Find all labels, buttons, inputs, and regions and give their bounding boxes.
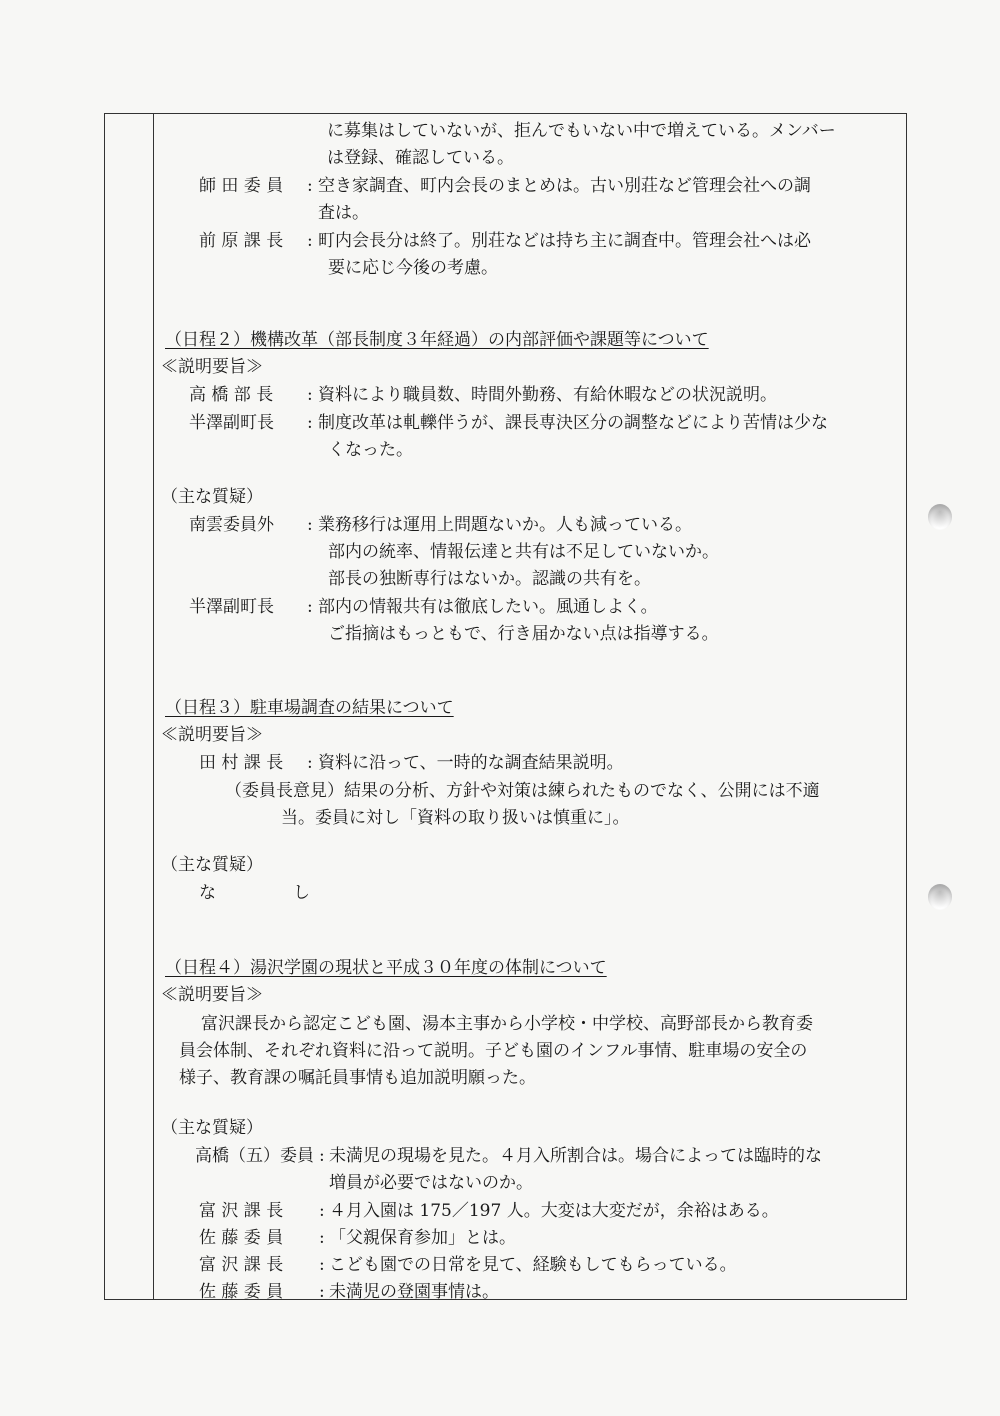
statement-line: ４月入園は 175／197 人。大変は大変だが，余裕はある。 (329, 1200, 779, 1222)
speaker-label: 富 沢 課 長 (199, 1254, 283, 1276)
statement-line: 要に応じ今後の考慮。 (328, 257, 498, 279)
paragraph-line: 様子、教育課の嘱託員事情も追加説明願った。 (179, 1067, 536, 1089)
speaker-label: 半澤副町長 (189, 412, 274, 434)
speaker-label: 富 沢 課 長 (199, 1200, 283, 1222)
speaker-label: 佐 藤 委 員 (199, 1281, 283, 1303)
section-heading: （日程４）湯沢学園の現状と平成３０年度の体制について (165, 957, 607, 979)
statement-line: 未満児の登園事情は。 (329, 1281, 499, 1303)
continuation-line: に募集はしていないが、拒んでもいない中で増えている。メンバー (327, 120, 836, 142)
minutes-content: に募集はしていないが、拒んでもいない中で増えている。メンバー は登録、確認してい… (105, 114, 906, 1299)
statement-line: 部内の統率、情報伝達と共有は不足していないか。 (328, 541, 719, 563)
statement-line: 空き家調査、町内会長のまとめは。古い別荘など管理会社への調 (318, 175, 811, 197)
chair-note-line: （委員長意見）結果の分析、方針や対策は練られたものでなく、公開には不適 (225, 780, 820, 802)
qa-none: し (293, 882, 310, 904)
colon: : (307, 412, 313, 434)
colon: : (307, 175, 313, 197)
colon: : (307, 384, 313, 406)
statement-line: 未満児の現場を見た。４月入所割合は。場合によっては臨時的な (329, 1145, 822, 1167)
speaker-label: 師 田 委 員 (199, 175, 283, 197)
statement-line: 査は。 (318, 202, 369, 224)
continuation-line: は登録、確認している。 (327, 147, 514, 169)
section-heading: （日程２）機構改革（部長制度３年経過）の内部評価や課題等について (165, 329, 709, 351)
paragraph-line: 富沢課長から認定こども園、湯本主事から小学校・中学校、高野部長から教育委 (201, 1013, 813, 1035)
colon: : (319, 1281, 325, 1303)
statement-line: 制度改革は軋轢伴うが、課長専決区分の調整などにより苦情は少な (318, 412, 828, 434)
statement-line: 資料に沿って、一時的な調査結果説明。 (318, 752, 624, 774)
statement-line: くなった。 (328, 439, 413, 461)
colon: : (307, 514, 313, 536)
chair-note-line: 当。委員に対し「資料の取り扱いは慎重に」。 (281, 807, 630, 829)
colon: : (319, 1254, 325, 1276)
qa-label: （主な質疑） (161, 1117, 263, 1139)
colon: : (307, 596, 313, 618)
speaker-label: 南雲委員外 (189, 514, 274, 536)
statement-line: 資料により職員数、時間外勤務、有給休暇などの状況説明。 (318, 384, 777, 406)
statement-line: 町内会長分は終了。別荘などは持ち主に調査中。管理会社へは必 (318, 230, 811, 252)
colon: : (319, 1227, 325, 1249)
qa-none: な (199, 882, 216, 904)
statement-line: 業務移行は運用上問題ないか。人も減っている。 (318, 514, 692, 536)
statement-line: 増員が必要ではないのか。 (329, 1172, 533, 1194)
colon: : (307, 230, 313, 252)
statement-line: 「父親保育参加」とは。 (329, 1227, 516, 1249)
colon: : (319, 1145, 325, 1167)
summary-label: ≪説明要旨≫ (161, 724, 263, 746)
summary-label: ≪説明要旨≫ (161, 356, 263, 378)
qa-label: （主な質疑） (161, 854, 263, 876)
statement-line: 部長の独断専行はないか。認識の共有を。 (328, 568, 651, 590)
speaker-label: 高橋（五）委員 (195, 1145, 314, 1167)
colon: : (307, 752, 313, 774)
speaker-label: 半澤副町長 (189, 596, 274, 618)
qa-label: （主な質疑） (161, 486, 263, 508)
punch-hole (928, 504, 952, 530)
speaker-label: 佐 藤 委 員 (199, 1227, 283, 1249)
speaker-label: 高 橋 部 長 (189, 384, 273, 406)
speaker-label: 前 原 課 長 (199, 230, 283, 252)
statement-line: ご指摘はもっともで、行き届かない点は指導する。 (328, 623, 719, 645)
minutes-table: に募集はしていないが、拒んでもいない中で増えている。メンバー は登録、確認してい… (104, 113, 907, 1300)
summary-label: ≪説明要旨≫ (161, 984, 263, 1006)
section-heading: （日程３）駐車場調査の結果について (165, 697, 454, 719)
speaker-label: 田 村 課 長 (199, 752, 283, 774)
colon: : (319, 1200, 325, 1222)
punch-hole (928, 884, 952, 910)
statement-line: こども園での日常を見て、経験もしてもらっている。 (329, 1254, 737, 1276)
statement-line: 部内の情報共有は徹底したい。風通しよく。 (318, 596, 658, 618)
paragraph-line: 員会体制、それぞれ資料に沿って説明。子ども園のインフル事情、駐車場の安全の (179, 1040, 807, 1062)
